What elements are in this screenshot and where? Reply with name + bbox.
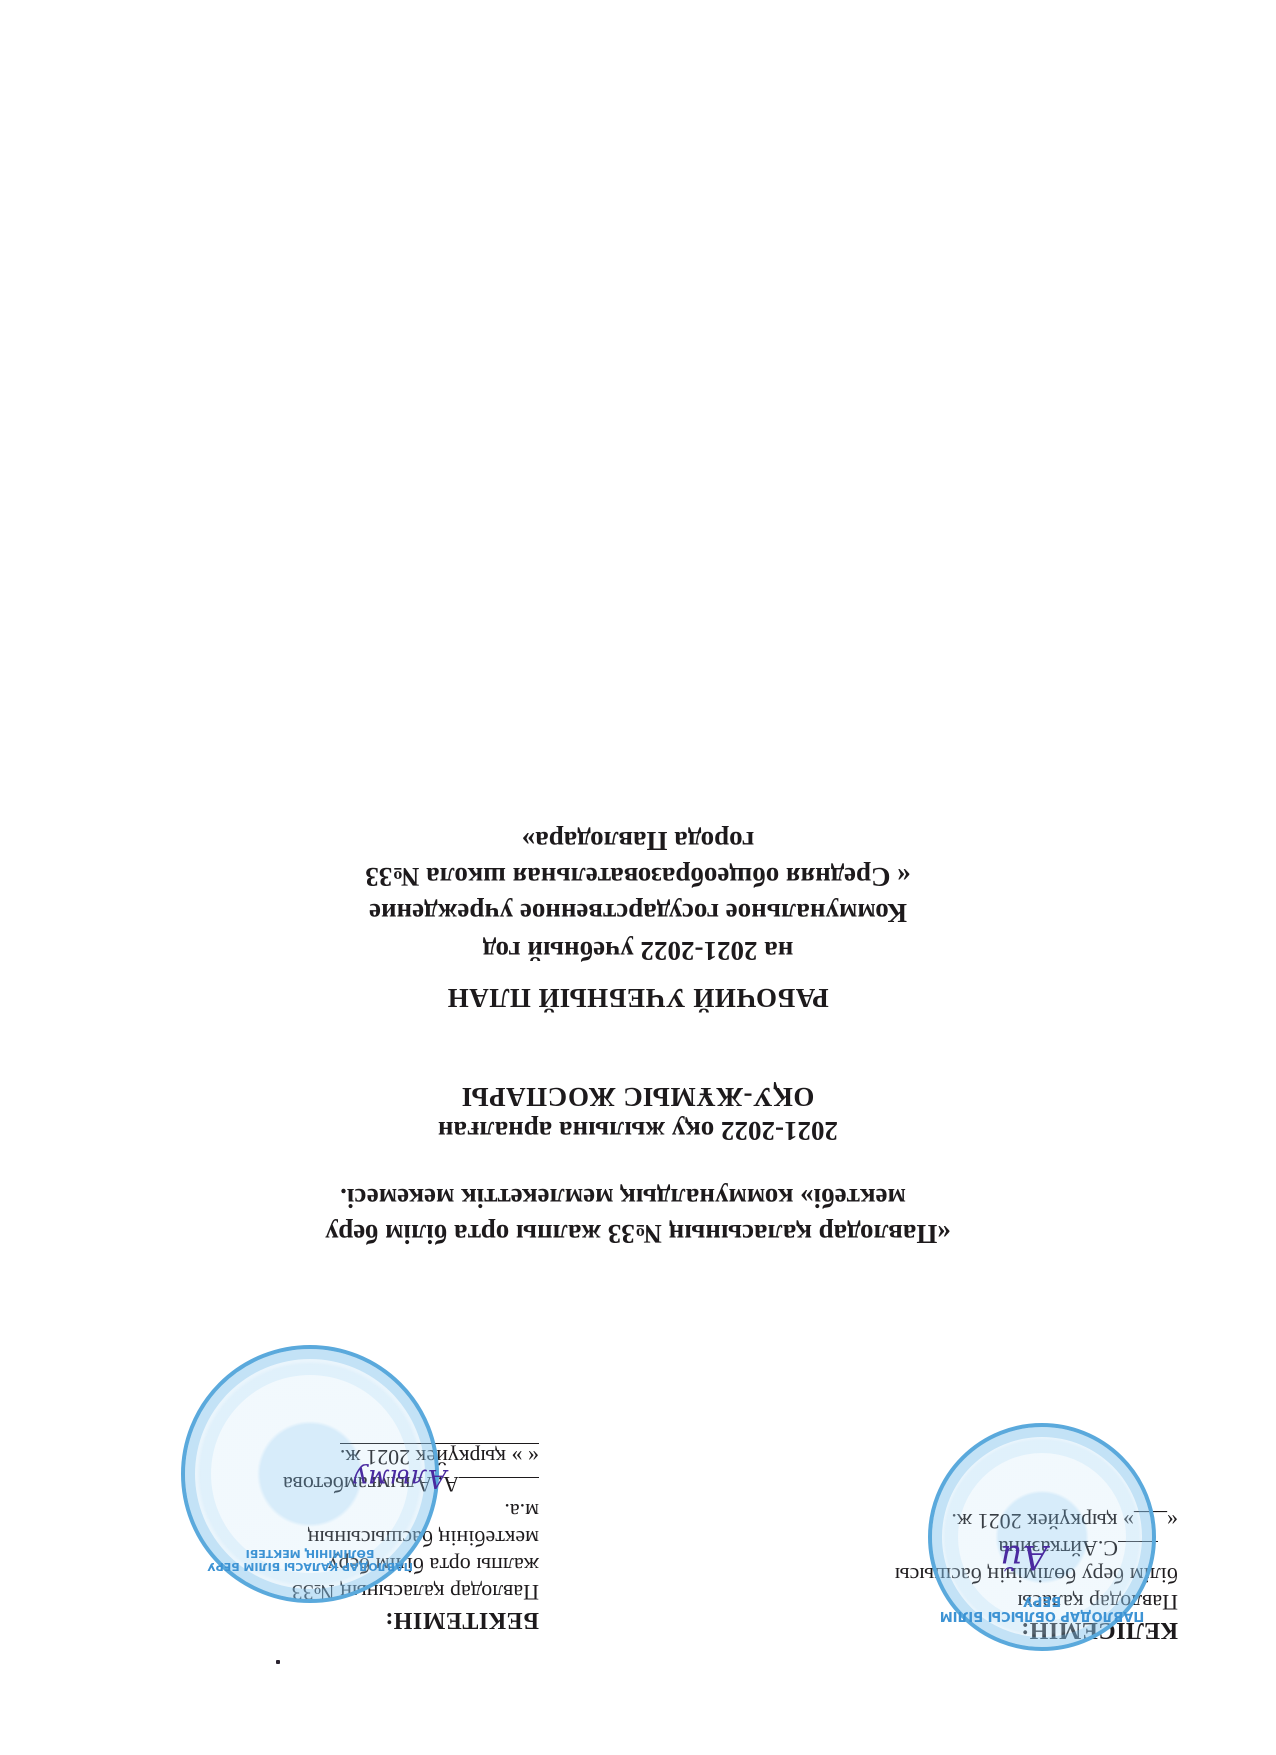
heading-ru-line1: на 2021-2022 учебный год <box>0 935 1276 967</box>
heading-ru-line3: « Средняя общеобразовательная школа №33 <box>0 861 1276 893</box>
signature: Ай <box>1000 1537 1048 1577</box>
stamp-text: ПАВЛОДАР ҚАЛАСЫ БІЛІМ БЕРУ БӨЛІМІНІҢ МЕК… <box>185 1547 435 1573</box>
heading-kz-line1: «Павлодар қаласының №33 жалпы орта білім… <box>0 1218 1276 1250</box>
heading-kz-line3: 2021-2022 оқу жылына арналған <box>0 1115 1276 1147</box>
heading-ru-line4: города Павлодара» <box>0 825 1276 857</box>
heading-kz-title: ОҚУ-ЖҰМЫС ЖОСПАРЫ <box>0 1081 1276 1113</box>
heading-kz-line2: мектебі» коммуналдық мемлекеттік мекемес… <box>0 1182 1276 1214</box>
signature: Алыму <box>353 1463 447 1493</box>
scanned-page: ПАВЛОДАР ОБЛЫСЫ БІЛІМ БЕРУ КЕЛІСЕМІН: Па… <box>0 0 1276 1755</box>
heading-ru-line2: Коммунальное государственное учреждение <box>0 897 1276 929</box>
approval-block-agreed: ПАВЛОДАР ОБЛЫСЫ БІЛІМ БЕРУ КЕЛІСЕМІН: Па… <box>895 1508 1178 1643</box>
heading-ru-title: РАБОЧИЙ УЧЕБНЫЙ ПЛАН <box>0 982 1276 1014</box>
scan-speck <box>276 1660 280 1664</box>
approval-title: БЕКІТЕМІН: <box>283 1606 539 1633</box>
approval-block-approved: ПАВЛОДАР ҚАЛАСЫ БІЛІМ БЕРУ БӨЛІМІНІҢ МЕК… <box>283 1443 539 1633</box>
stamp-text: ПАВЛОДАР ОБЛЫСЫ БІЛІМ БЕРУ <box>932 1593 1152 1623</box>
